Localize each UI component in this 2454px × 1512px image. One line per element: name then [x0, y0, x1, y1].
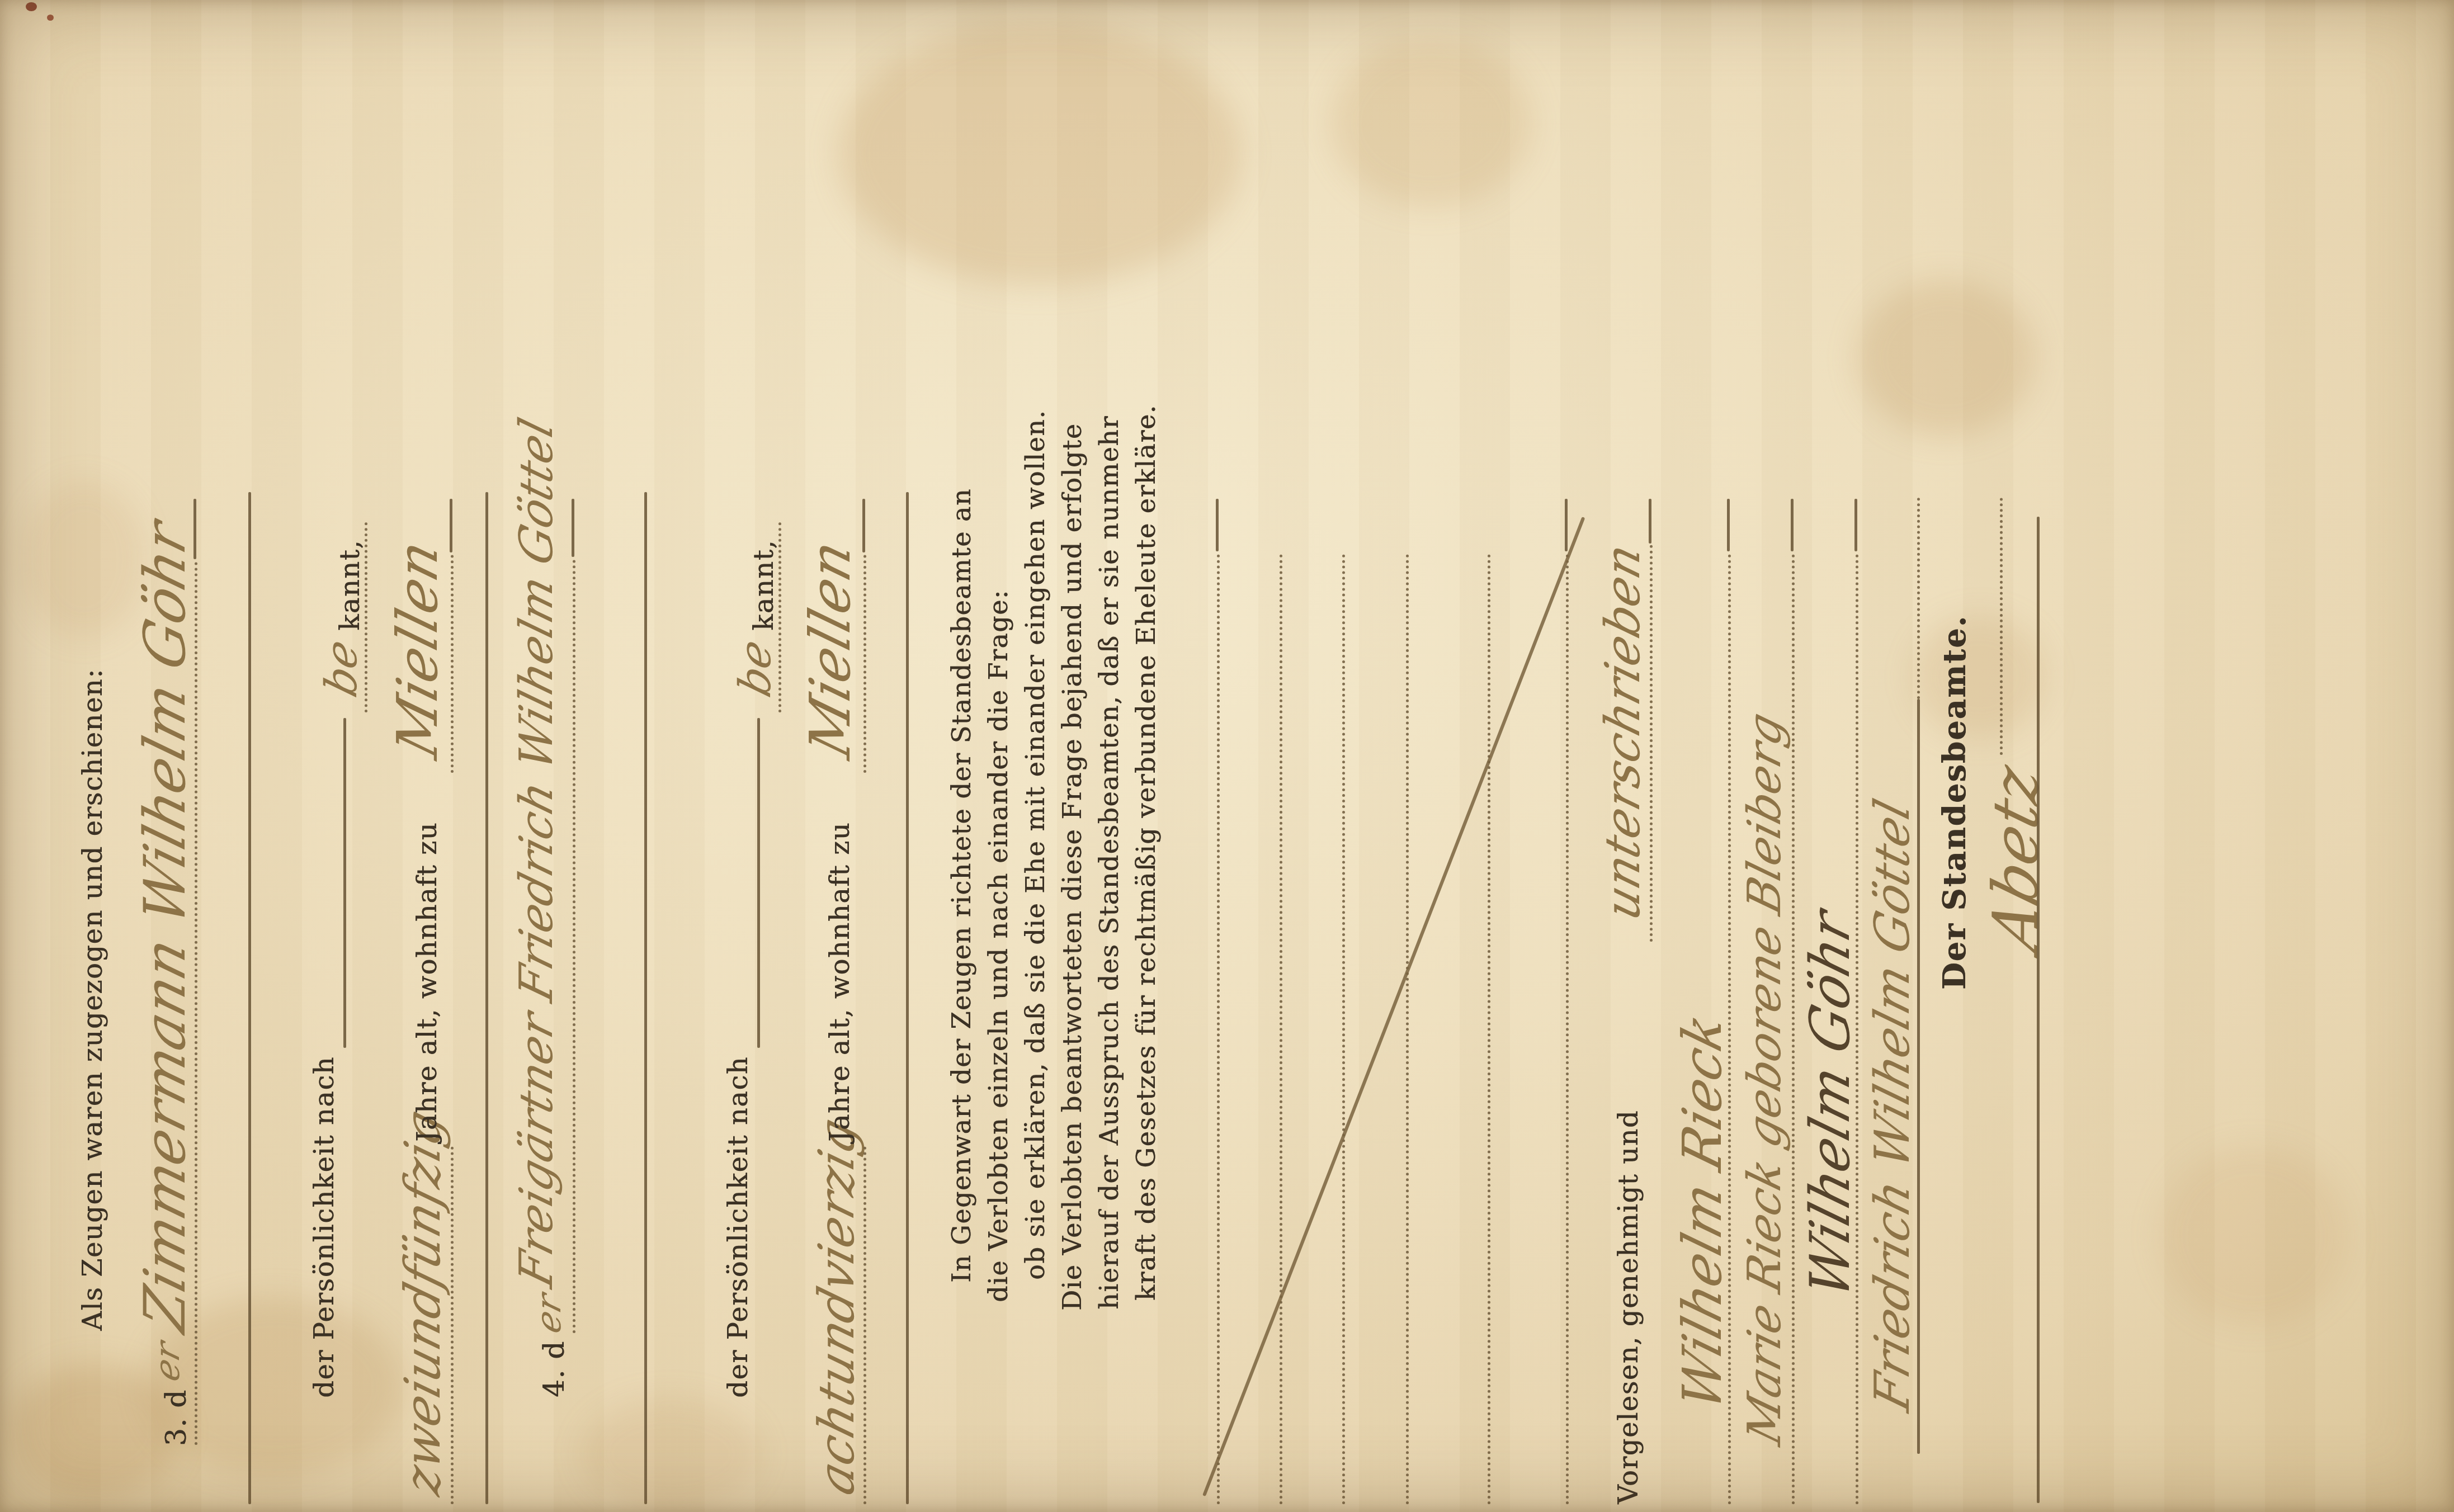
cancellation-stroke	[1202, 517, 1585, 1496]
signature-witness3: Wilhelm Göhr	[1799, 922, 1862, 1305]
writing-line	[573, 559, 575, 1333]
writing-line	[365, 522, 367, 712]
declaration-line: hierauf der Ausspruch des Standesbeamten…	[1094, 415, 1124, 1310]
writing-line-end	[1791, 499, 1794, 551]
witness4-article-handwriting: er	[528, 1301, 569, 1338]
writing-line-end	[572, 499, 574, 557]
writing-line	[451, 1146, 454, 1504]
declaration-line: kraft des Gesetzes für rechtmäßig verbun…	[1131, 404, 1161, 1301]
blank-writing-line	[1406, 554, 1409, 1504]
registrar-signature: Abetz	[1980, 778, 2052, 958]
witness3-name-handwriting: Zimmermann Wilhelm Göhr	[132, 533, 199, 1339]
rule-segment	[757, 718, 760, 1048]
writing-line	[451, 555, 454, 773]
writing-line-end	[450, 499, 452, 552]
signature-witness4: Friedrich Wilhelm Göttel	[1865, 810, 1920, 1417]
declaration-line: Die Verlobten beantworteten diese Frage …	[1057, 423, 1087, 1311]
writing-line-end	[1216, 499, 1219, 551]
blank-writing-line	[1217, 554, 1220, 1504]
witness3-article-handwriting: er	[147, 1349, 187, 1386]
rule-line	[644, 492, 647, 1504]
writing-line-end	[1727, 499, 1730, 551]
witness3-residence-handwriting: Miellen	[385, 552, 450, 765]
witness4-bekannt-handwriting: be	[730, 649, 781, 702]
witness4-kannt-label: kannt,	[748, 540, 780, 631]
witness-intro-text: Als Zeugen waren zugezogen und erschiene…	[77, 668, 108, 1331]
blank-writing-line	[1280, 554, 1282, 1504]
witness4-age-handwriting: achtundvierzig	[808, 1128, 865, 1501]
signature-groom: Wilhelm Rieck	[1671, 1025, 1734, 1417]
witness3-number: 3. d	[160, 1389, 192, 1446]
blank-writing-line	[1488, 554, 1490, 1504]
rule-line	[906, 492, 909, 1504]
unterschrieben-handwriting: unterschrieben	[1595, 554, 1651, 926]
signature-bride: Marie Rieck geborene Bleiberg	[1738, 722, 1791, 1450]
signature-line	[1792, 554, 1795, 1504]
witness3-kannt-label: kannt,	[334, 540, 366, 631]
rule-line	[2037, 517, 2040, 1503]
signature-line	[1917, 699, 1920, 1454]
writing-line-end	[1649, 499, 1651, 544]
witness3-age-label: Jahre alt, wohnhaft zu	[412, 822, 443, 1142]
blank-writing-line	[1566, 554, 1569, 1504]
witness4-name-handwriting: Freigärtner Friedrich Wilhelm Göttel	[510, 428, 563, 1293]
witness3-persoenlichkeit-label: der Persönlichkeit nach	[309, 1056, 340, 1398]
witness4-residence-handwriting: Miellen	[797, 552, 863, 765]
witness4-number: 4. d	[538, 1340, 570, 1397]
witness4-age-label: Jahre alt, wohnhaft zu	[824, 822, 856, 1142]
rule-line	[485, 492, 488, 1504]
vorgelesen-label: Vorgelesen, genehmigt und	[1613, 1110, 1644, 1504]
signature-line	[1728, 554, 1731, 1504]
writing-line-end	[1565, 499, 1568, 551]
signature-line	[1856, 554, 1858, 1504]
witness4-persoenlichkeit-label: der Persönlichkeit nach	[723, 1056, 754, 1398]
witness3-age-handwriting: zweiundfünfzig	[394, 1120, 451, 1501]
scanned-document: { "document": { "intro": "Als Zeugen war…	[0, 0, 2454, 1512]
writing-line-end	[1854, 499, 1857, 551]
rule-line	[248, 492, 251, 1504]
writing-line	[2000, 498, 2003, 755]
writing-line-end	[862, 499, 865, 552]
writing-line-end	[194, 499, 196, 559]
writing-line	[863, 1146, 866, 1504]
writing-line	[195, 561, 197, 1445]
writing-line	[778, 522, 781, 712]
rule-segment	[343, 718, 346, 1048]
standesbeamte-title: Der Standesbeamte.	[1936, 615, 1973, 990]
declaration-line: ob sie erklären, daß sie die Ehe mit ein…	[1020, 410, 1050, 1280]
witness3-bekannt-handwriting: be	[317, 649, 367, 702]
blank-writing-line	[1342, 554, 1345, 1504]
writing-line	[863, 555, 866, 773]
signature-line	[1917, 498, 1920, 699]
declaration-line: die Verlobten einzeln und nach einander …	[983, 589, 1013, 1302]
document-page: Als Zeugen waren zugezogen und erschiene…	[0, 0, 2454, 1512]
declaration-line: In Gegenwart der Zeugen richtete der Sta…	[946, 488, 976, 1283]
